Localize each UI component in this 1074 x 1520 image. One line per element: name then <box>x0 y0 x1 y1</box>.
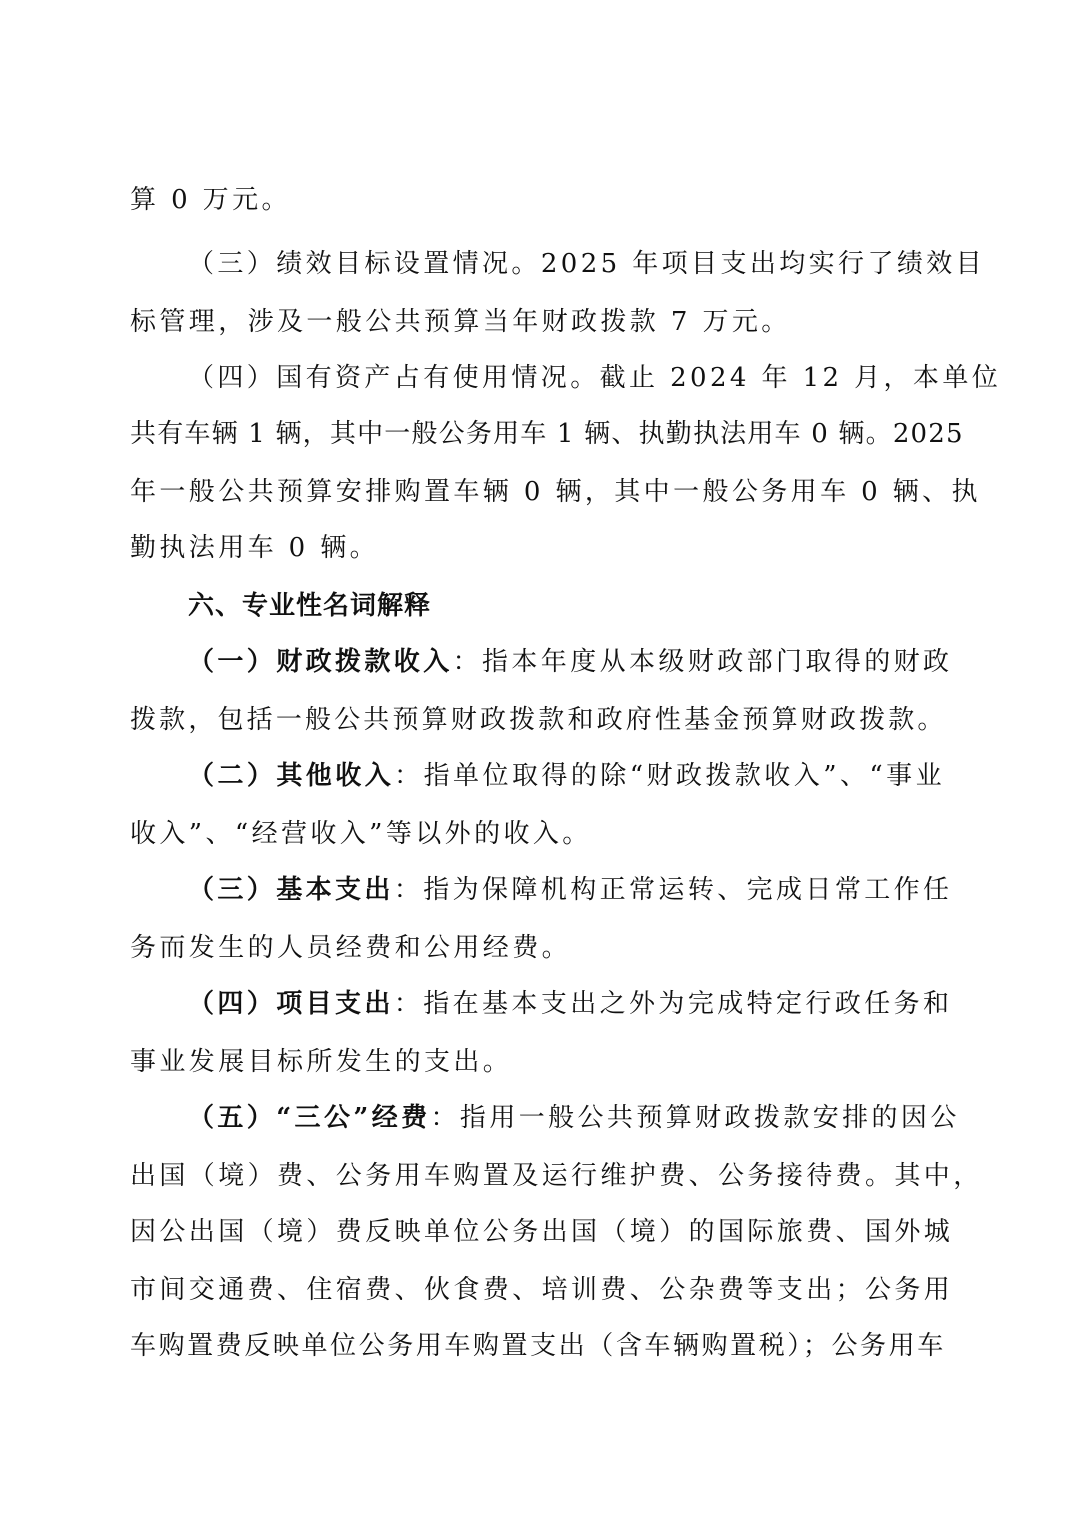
term-line: 因公出国（境）费反映单位公务出国（境）的国际旅费、国外城 <box>130 1212 945 1252</box>
paragraph-line: 勤执法用车 0 辆。 <box>130 528 379 568</box>
text: ：指用一般公共预算财政拨款安排的因公 <box>431 1103 960 1133</box>
term-label: （二）其他收入 <box>188 761 394 791</box>
paragraph-line: （三）绩效目标设置情况。2025 年项目支出均实行了绩效目 <box>188 244 945 284</box>
text: ：指在基本支出之外为完成特定行政任务和 <box>394 989 953 1019</box>
term-line: 收入”、“经营收入”等以外的收入。 <box>130 814 592 854</box>
term-line: 车购置费反映单位公务用车购置支出（含车辆购置税）；公务用车 <box>130 1326 945 1366</box>
term-label: （三）基本支出 <box>188 875 394 905</box>
term-line: （三）基本支出：指为保障机构正常运转、完成日常工作任 <box>188 870 945 910</box>
term-line: 事业发展目标所发生的支出。 <box>130 1042 512 1082</box>
text: ：指为保障机构正常运转、完成日常工作任 <box>394 875 953 905</box>
term-line: （一）财政拨款收入：指本年度从本级财政部门取得的财政 <box>188 642 945 682</box>
term-label: （一）财政拨款收入 <box>188 647 453 677</box>
text: 年一般公共预算安排购置车辆 0 辆，其中一般公务用车 0 辆、执 <box>130 477 981 507</box>
text: 务而发生的人员经费和公用经费。 <box>130 933 571 963</box>
paragraph-label: （三）绩效目标设置情况。 <box>188 249 541 279</box>
text: 车购置费反映单位公务用车购置支出（含车辆购置税）；公务用车 <box>130 1331 945 1361</box>
term-line: 务而发生的人员经费和公用经费。 <box>130 928 571 968</box>
text: 算 0 万元。 <box>130 185 291 215</box>
text: ：指本年度从本级财政部门取得的财政 <box>453 647 953 677</box>
paragraph-line: 标管理，涉及一般公共预算当年财政拨款 7 万元。 <box>130 302 791 342</box>
text: 标管理，涉及一般公共预算当年财政拨款 7 万元。 <box>130 307 791 337</box>
paragraph-line: （四）国有资产占有使用情况。截止 2024 年 12 月，本单位 <box>188 358 945 398</box>
paragraph-line: 年一般公共预算安排购置车辆 0 辆，其中一般公务用车 0 辆、执 <box>130 472 945 512</box>
text: 截止 2024 年 12 月，本单位 <box>600 363 1002 393</box>
paragraph-line: 共有车辆 1 辆，其中一般公务用车 1 辆、执勤执法用车 0 辆。2025 <box>130 414 945 454</box>
text: 因公出国（境）费反映单位公务出国（境）的国际旅费、国外城 <box>130 1217 953 1247</box>
term-label: （五）“三公”经费 <box>188 1103 431 1133</box>
text: 收入”、“经营收入”等以外的收入。 <box>130 819 592 849</box>
text: 共有车辆 1 辆，其中一般公务用车 1 辆、执勤执法用车 0 辆。2025 <box>130 419 964 449</box>
text: 2025 年项目支出均实行了绩效目 <box>541 249 985 279</box>
text: 市间交通费、住宿费、伙食费、培训费、公杂费等支出；公务用 <box>130 1275 953 1305</box>
term-line: 市间交通费、住宿费、伙食费、培训费、公杂费等支出；公务用 <box>130 1270 945 1310</box>
term-label: （四）项目支出 <box>188 989 394 1019</box>
text: 事业发展目标所发生的支出。 <box>130 1047 512 1077</box>
text: 拨款，包括一般公共预算财政拨款和政府性基金预算财政拨款。 <box>130 705 945 735</box>
term-line: （四）项目支出：指在基本支出之外为完成特定行政任务和 <box>188 984 945 1024</box>
term-line: （五）“三公”经费：指用一般公共预算财政拨款安排的因公 <box>188 1098 945 1138</box>
text: 勤执法用车 0 辆。 <box>130 533 379 563</box>
paragraph-label: （四）国有资产占有使用情况。 <box>188 363 600 393</box>
paragraph-line: 算 0 万元。 <box>130 180 291 220</box>
section-heading: 六、专业性名词解释 <box>188 586 431 626</box>
term-line: （二）其他收入：指单位取得的除“财政拨款收入”、“事业 <box>188 756 945 796</box>
term-line: 拨款，包括一般公共预算财政拨款和政府性基金预算财政拨款。 <box>130 700 945 740</box>
text: 出国（境）费、公务用车购置及运行维护费、公务接待费。其中， <box>130 1161 983 1191</box>
term-line: 出国（境）费、公务用车购置及运行维护费、公务接待费。其中， <box>130 1156 945 1196</box>
text: ：指单位取得的除“财政拨款收入”、“事业 <box>394 761 945 791</box>
